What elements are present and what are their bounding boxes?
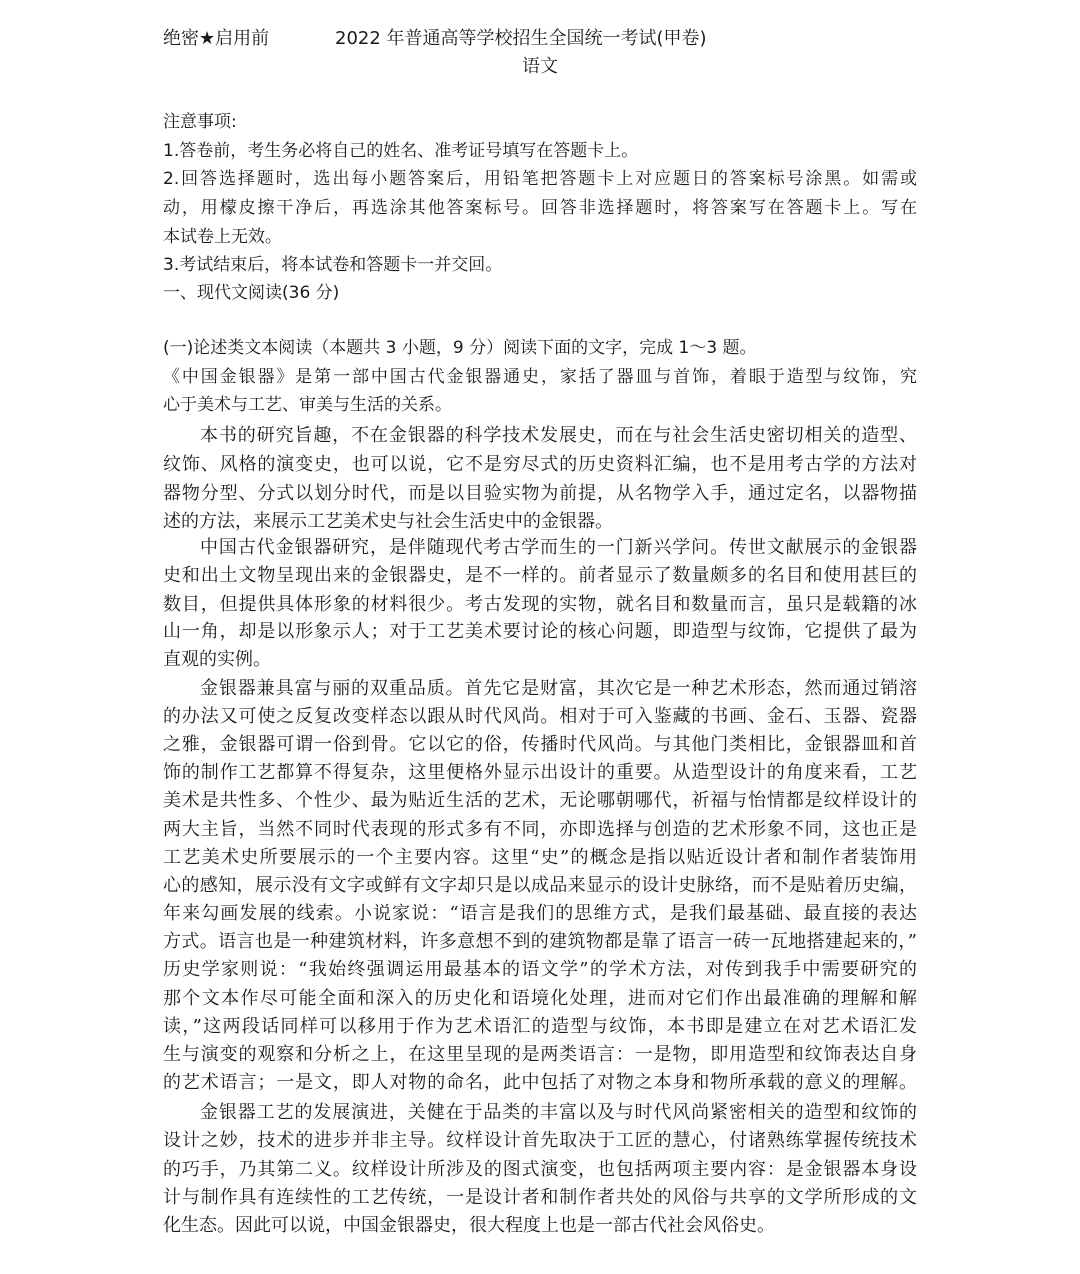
confidential-label: 绝密★启用前 [163, 24, 269, 53]
passage-intro-line: 心于美术与工艺、审美与生活的关系。 [163, 391, 917, 420]
paragraph-line: 两大主旨，当然不同时代表现的形式多有不同，亦即选择与创造的艺术形象不同，这也正是 [163, 815, 917, 844]
notice-line: 本试卷上无效。 [163, 223, 917, 252]
paragraph-line: 读，”这两段话同样可以移用于作为艺术语汇的造型与纹饰，本书即是建立在对艺术语汇发 [163, 1012, 917, 1041]
paragraph-line: 计与制作具有连续性的工艺传统，一是设计者和制作者共处的风俗与共享的文学所形成的文 [163, 1183, 917, 1212]
paragraph-line: 历史学家则说：“我始终强调运用最基本的语文学”的学术方法，对传到我手中需要研究的 [163, 955, 917, 984]
paragraph-line: 本书的研究旨趣，不在金银器的科学技术发展史，而在与社会生活史密切相关的造型、 [163, 421, 917, 450]
paragraph-line: 化生态。因此可以说，中国金银器史，很大程度上也是一部古代社会风俗史。 [163, 1211, 917, 1240]
paragraph-line: 器物分型、分式以划分时代，而是以目验实物为前提，从名物学入手，通过定名，以器物描 [163, 479, 917, 508]
paragraph-line: 金银器工艺的发展演进，关健在于品类的丰富以及与时代风尚紧密相关的造型和纹饰的 [163, 1098, 917, 1127]
paragraph-line: 工艺美术史所要展示的一个主要内容。这里“史”的概念是指以贴近设计者和制作者装饰用 [163, 843, 917, 872]
paragraph-line: 之雅，金银器可谓一俗到骨。它以它的俗，传播时代风尚。与其他门类相比，金银器皿和首 [163, 730, 917, 759]
notice-line: 动，用檬皮擦干净后，再选涂其他答案标号。回答非选择题时，将答案写在答题卡上。写在 [163, 194, 917, 223]
paragraph-line: 的艺术语言；一是文，即人对物的命名，此中包括了对物之本身和物所承载的意义的理解。 [163, 1068, 917, 1097]
paragraph-line: 直观的实例。 [163, 645, 917, 674]
paragraph-line: 史和出土文物呈现出来的金银器史，是不一样的。前者显示了数量颇多的名目和使用甚巨的 [163, 561, 917, 590]
paragraph-line: 金银器兼具富与丽的双重品质。首先它是财富，其次它是一种艺术形态，然而通过销溶 [163, 674, 917, 703]
paragraph-line: 那个文本作尽可能全面和深入的历史化和语境化处理，进而对它们作出最准确的理解和解 [163, 984, 917, 1013]
paragraph-line: 设计之妙，技术的进步并非主导。纹样设计首先取决于工匠的慧心，付诸熟练掌握传统技术 [163, 1126, 917, 1155]
notice-title: 注意事项: [163, 108, 917, 137]
paragraph-line: 山一角，却是以形象示人；对于工艺美术要讨论的核心问题，即造型与纹饰，它提供了最为 [163, 617, 917, 646]
exam-title: 2022 年普通高等学校招生全国统一考试(甲卷) [335, 24, 707, 53]
notice-line: 3.考试结束后，将本试卷和答题卡一并交回。 [163, 251, 917, 280]
paragraph-line: 生与演变的观察和分析之上，在这里呈现的是两类语言：一是物，即用造型和纹饰表达自身 [163, 1040, 917, 1069]
paragraph-line: 的巧手，乃其第二义。纹样设计所涉及的图式演变，也包括两项主要内容：是金银器本身设 [163, 1155, 917, 1184]
paragraph-line: 述的方法，来展示工艺美术史与社会生活史中的金银器。 [163, 507, 917, 536]
paragraph-line: 年来勾画发展的线索。小说家说：“语言是我们的思维方式，是我们最基础、最直接的表达 [163, 899, 917, 928]
notice-line: 1.答卷前，考生务必将自己的姓名、准考证号填写在答题卡上。 [163, 137, 917, 166]
paragraph-line: 中国古代金银器研究，是伴随现代考古学而生的一门新兴学问。传世文献展示的金银器 [163, 533, 917, 562]
subsection-title: (一)论述类文本阅读（本题共 3 小题，9 分）阅读下面的文字，完成 1～3 题… [163, 334, 917, 363]
subject-title: 语文 [522, 52, 558, 81]
paragraph-line: 方式。语言也是一种建筑材料，许多意想不到的建筑物都是靠了语言一砖一瓦地搭建起来的… [163, 927, 917, 956]
paragraph-line: 纹饰、风格的演变史，也可以说，它不是穷尽式的历史资料汇编，也不是用考古学的方法对 [163, 450, 917, 479]
passage-intro-line: 《中国金银器》是第一部中国古代金银器通史，家括了器皿与首饰，着眼于造型与纹饰，究 [163, 363, 917, 392]
section-title: 一、现代文阅读(36 分) [163, 279, 917, 308]
notice-line: 2.回答选择题时，选出每小题答案后，用铅笔把答题卡上对应题日的答案标号涂黑。如需… [163, 165, 917, 194]
paragraph-line: 心的感知，展示没有文字或鲜有文字却只是以成品来显示的设计史脉络，而不是贴着历史编… [163, 871, 917, 900]
paragraph-line: 美术是共性多、个性少、最为贴近生活的艺术，无论哪朝哪代，祈福与怡情都是纹样设计的 [163, 786, 917, 815]
paragraph-line: 饰的制作工艺都算不得复杂，这里便格外显示出设计的重要。从造型设计的角度来看，工艺 [163, 758, 917, 787]
paragraph-line: 数目，但提供具体形象的材料很少。考古发现的实物，就名目和数量而言，虽只是载籍的冰 [163, 590, 917, 619]
paragraph-line: 的办法又可使之反复改变样态以跟从时代风尚。相对于可入鉴藏的书画、金石、玉器、瓷器 [163, 702, 917, 731]
